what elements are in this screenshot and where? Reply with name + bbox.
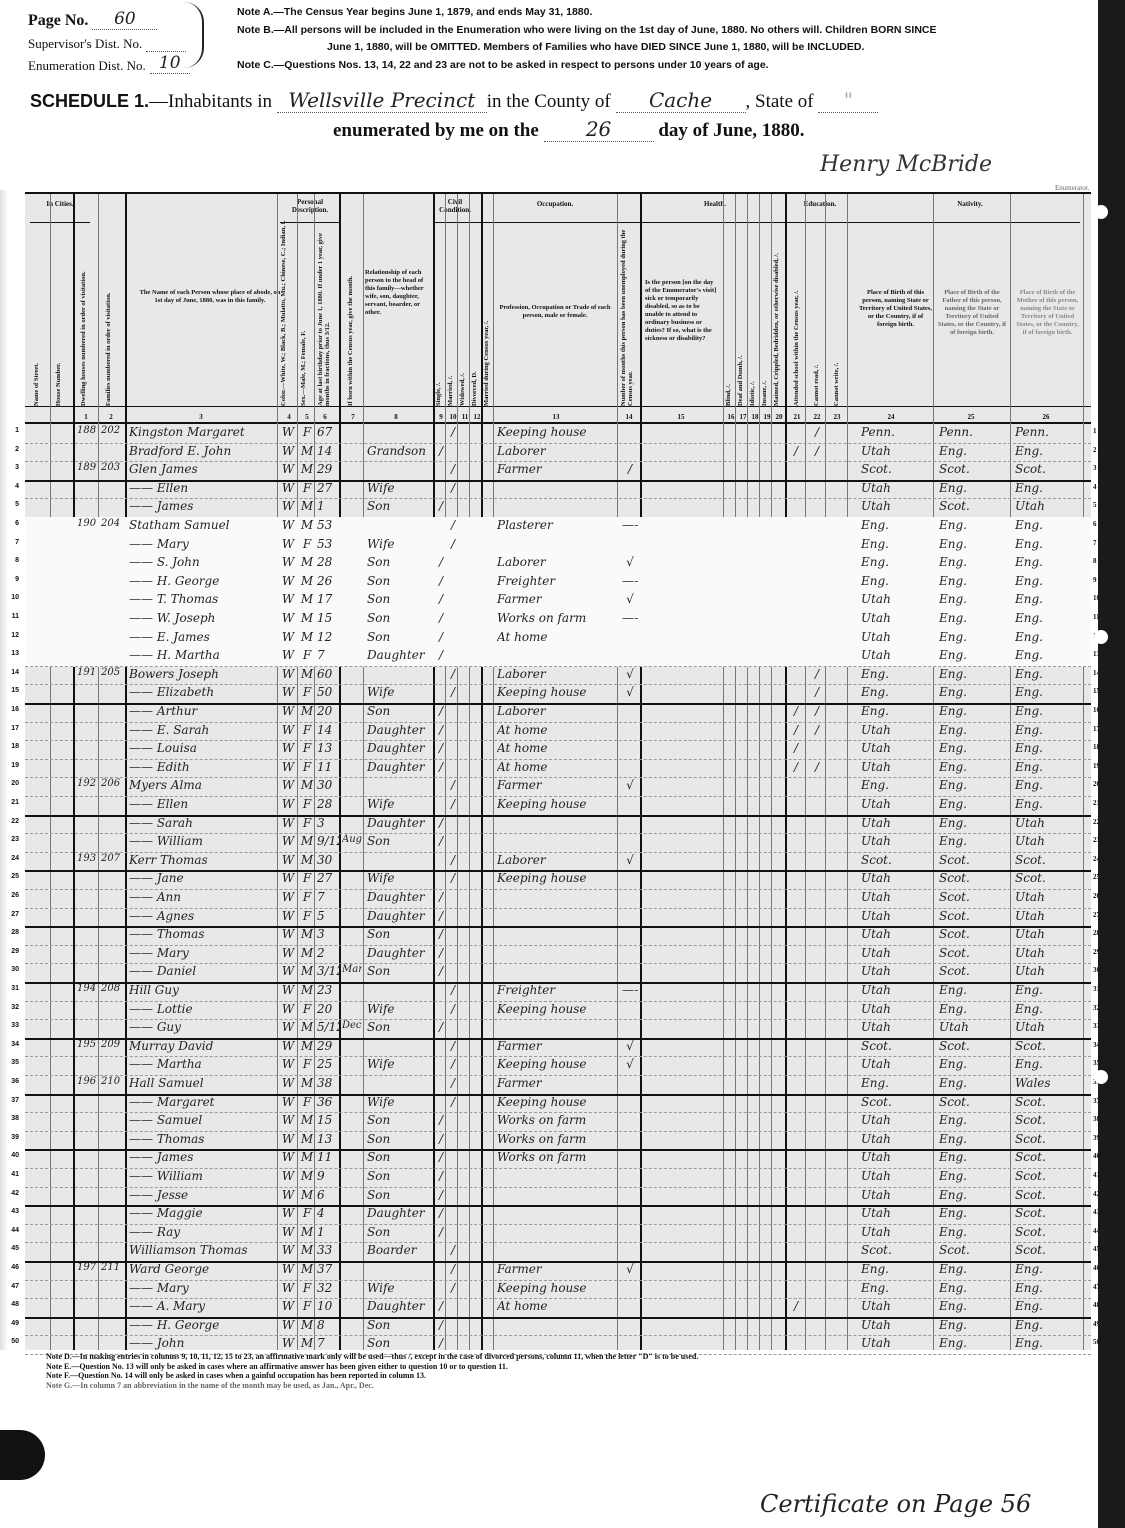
color-value: W [281,890,295,904]
column-number: 8 [390,413,402,421]
father-birthplace: Scot. [939,927,1007,941]
birthplace: Utah [861,1002,931,1016]
mother-birthplace: Eng. [1015,537,1081,551]
sex-value: M [300,1188,314,1202]
mother-birthplace: Utah [1015,1020,1081,1034]
occupation: Works on farm [497,611,615,625]
cannot-read-mark: / [811,685,823,699]
group-health: Health. [645,200,785,214]
father-birthplace: Eng. [939,797,1007,811]
relationship: Daughter [367,1206,431,1220]
occupation: At home [497,760,615,774]
single-mark: / [436,499,446,513]
mother-birthplace: Eng. [1015,555,1081,569]
row-number: 29 [5,948,19,955]
attended-school-mark: / [790,1299,802,1313]
single-mark: / [436,760,446,774]
person-name: —— Mary [129,1281,277,1295]
color-value: W [281,611,295,625]
color-value: W [281,797,295,811]
age-value: 8 [317,1318,339,1332]
occupation: Keeping house [497,1057,615,1071]
row-number: 8 [5,557,19,564]
ink-smudge [0,1430,45,1480]
header-widowed: Widowed, /. [459,216,469,406]
note-c: Note C.—Questions Nos. 13, 14, 22 and 23… [237,57,1077,75]
row-number-right: 8 [1093,557,1097,565]
relationship: Son [367,834,431,848]
occupation: Works on farm [497,1150,615,1164]
table-row: 1212—— E. JamesWM12Son/At homeUtahEng.En… [25,629,1091,650]
dwelling-number: 190 [77,518,99,529]
sex-value: M [300,946,314,960]
birthplace: Utah [861,760,931,774]
mother-birthplace: Scot. [1015,853,1081,867]
table-row: 1313—— H. MarthaWF7Daughter/UtahEng.Eng. [25,647,1091,667]
color-value: W [281,1281,295,1295]
person-name: —— Agnes [129,909,277,923]
header-occupation: Profession, Occupation or Trade of each … [495,304,615,320]
age-value: 33 [317,1243,339,1257]
color-value: W [281,1206,295,1220]
birthplace: Utah [861,1113,931,1127]
row-number: 7 [5,539,19,546]
binding-hole [1094,205,1108,219]
father-birthplace: Eng. [939,1057,1007,1071]
father-birthplace: Eng. [939,1132,1007,1146]
header-birthplace: Place of Birth of this person, naming St… [858,289,933,329]
table-row: 3636196210Hall SamuelWM38/FarmerEng.Eng.… [25,1075,1091,1096]
color-value: W [281,518,295,532]
mother-birthplace: Eng. [1015,778,1081,792]
row-number-right: 2 [1093,446,1097,454]
mother-birthplace: Scot. [1015,1188,1081,1202]
person-name: —— T. Thomas [129,592,277,606]
sex-value: M [300,704,314,718]
birthplace: Utah [861,927,931,941]
father-birthplace: Eng. [939,1113,1007,1127]
sex-value: M [300,834,314,848]
mother-birthplace: Utah [1015,927,1081,941]
birthplace: Utah [861,1318,931,1332]
occupation: Laborer [497,853,615,867]
color-value: W [281,704,295,718]
header-age: Age at last birthday prior to June 1, 18… [317,216,337,406]
birthplace: Utah [861,1169,931,1183]
person-name: —— John [129,1336,277,1350]
occupation: Plasterer [497,518,615,532]
header-blind: Blind, /. [725,216,735,406]
birthplace: Eng. [861,704,931,718]
color-value: W [281,1150,295,1164]
father-birthplace: Scot. [939,890,1007,904]
occupation: Laborer [497,555,615,569]
age-value: 7 [317,1336,339,1350]
row-number: 9 [5,576,19,583]
dwelling-number: 192 [77,778,99,789]
person-name: —— E. James [129,630,277,644]
column-number: 1 [80,413,92,421]
table-row: 4949—— H. GeorgeWM8Son/UtahEng.Eng. [25,1317,1091,1337]
table-row: 3838—— SamuelWM15Son/Works on farmUtahEn… [25,1112,1091,1132]
age-value: 28 [317,797,339,811]
birthplace: Utah [861,481,931,495]
relationship: Son [367,1150,431,1164]
occupation: Farmer [497,592,615,606]
supervisor-label: Supervisor's Dist. No. [28,36,142,52]
row-number: 21 [5,799,19,806]
age-value: 4 [317,1206,339,1220]
person-name: Murray David [129,1039,277,1053]
header-mother-birthplace: Place of Birth of the Mother of this per… [1015,289,1080,337]
father-birthplace: Scot. [939,853,1007,867]
sex-value: F [300,816,314,830]
occupation: Laborer [497,444,615,458]
single-mark: / [436,723,446,737]
person-name: Kingston Margaret [129,425,277,439]
color-value: W [281,853,295,867]
sex-value: M [300,1113,314,1127]
occupation: Farmer [497,462,615,476]
header-month-born: If born within the Census year, give the… [347,216,359,406]
color-value: W [281,834,295,848]
age-value: 12 [317,630,339,644]
row-number: 24 [5,855,19,862]
table-row: 2020192206Myers AlmaWM30/Farmer√Eng.Eng.… [25,777,1091,797]
birthplace: Utah [861,1336,931,1350]
month-born: Dec. [342,1020,362,1031]
single-mark: / [436,741,446,755]
note-b-continued: June 1, 1880, will be OMITTED. Members o… [237,39,1077,57]
sex-value: F [300,481,314,495]
family-number: 208 [101,983,125,994]
relationship: Daughter [367,760,431,774]
sex-value: M [300,1132,314,1146]
single-mark: / [436,1188,446,1202]
mother-birthplace: Eng. [1015,518,1081,532]
birthplace: Eng. [861,1076,931,1090]
table-row: 3131194208Hill GuyWM23/Freighter——UtahEn… [25,982,1091,1002]
occupation: Laborer [497,704,615,718]
birthplace: Eng. [861,555,931,569]
table-row: 2121—— EllenWF28Wife/Keeping houseUtahEn… [25,796,1091,817]
sex-value: M [300,630,314,644]
father-birthplace: Scot. [939,1095,1007,1109]
person-name: —— Mary [129,946,277,960]
table-row: 4848—— A. MaryWF10Daughter/At home/UtahE… [25,1298,1091,1319]
person-name: —— H. George [129,574,277,588]
father-birthplace: Eng. [939,667,1007,681]
relationship: Daughter [367,890,431,904]
row-number: 46 [5,1264,19,1271]
color-value: W [281,909,295,923]
birthplace: Eng. [861,685,931,699]
age-value: 6 [317,1188,339,1202]
header-street: Name of Street. [33,216,45,406]
mother-birthplace: Wales [1015,1076,1081,1090]
mother-birthplace: Eng. [1015,611,1081,625]
row-number: 4 [5,483,19,490]
row-number-right: 6 [1093,520,1097,528]
family-number: 206 [101,778,125,789]
cannot-read-mark: / [811,723,823,737]
page-identifiers: Page No. 60 Supervisor's Dist. No. Enume… [28,8,190,74]
row-number: 32 [5,1004,19,1011]
single-mark: / [436,444,446,458]
occupation: Farmer [497,1039,615,1053]
mother-birthplace: Eng. [1015,648,1081,662]
sex-value: F [300,685,314,699]
relationship: Wife [367,1002,431,1016]
table-row: 4242—— JesseWM6Son/UtahEng.Scot. [25,1187,1091,1208]
months-unemployed: —— [622,983,638,997]
color-value: W [281,723,295,737]
column-number: 4 [283,413,295,421]
age-value: 1 [317,1225,339,1239]
person-name: —— Ray [129,1225,277,1239]
column-number: 2 [105,413,117,421]
person-name: —— Martha [129,1057,277,1071]
color-value: W [281,778,295,792]
months-unemployed: √ [622,1039,638,1053]
married-mark: / [448,1262,458,1276]
months-unemployed: √ [622,1262,638,1276]
age-value: 25 [317,1057,339,1071]
month-born: Aug. [342,834,362,845]
single-mark: / [436,1336,446,1350]
single-mark: / [436,909,446,923]
birthplace: Utah [861,611,931,625]
sex-value: M [300,667,314,681]
color-value: W [281,1299,295,1313]
row-number: 6 [5,520,19,527]
age-value: 7 [317,890,339,904]
person-name: —— Thomas [129,1132,277,1146]
birthplace: Eng. [861,574,931,588]
rule [25,406,1091,407]
single-mark: / [436,1206,446,1220]
father-birthplace: Eng. [939,592,1007,606]
column-number: 26 [1040,413,1052,421]
enumeration-label: Enumeration Dist. No. [28,58,146,74]
cannot-read-mark: / [811,444,823,458]
father-birthplace: Penn. [939,425,1007,439]
column-number: 25 [965,413,977,421]
married-mark: / [448,1281,458,1295]
relationship: Daughter [367,909,431,923]
family-number: 202 [101,425,125,436]
age-value: 38 [317,1076,339,1090]
sex-value: M [300,1318,314,1332]
occupation: Farmer [497,1262,615,1276]
mother-birthplace: Scot. [1015,1206,1081,1220]
row-number: 35 [5,1059,19,1066]
person-name: —— James [129,499,277,513]
relationship: Wife [367,1095,431,1109]
relationship: Wife [367,1281,431,1295]
row-number: 38 [5,1115,19,1122]
person-name: —— William [129,834,277,848]
group-nativity: Nativity. [855,200,1085,214]
table-row: 4646197211Ward GeorgeWM37/Farmer√Eng.Eng… [25,1261,1091,1281]
birthplace: Utah [861,816,931,830]
birthplace: Utah [861,741,931,755]
relationship: Daughter [367,946,431,960]
months-unemployed: √ [622,853,638,867]
father-birthplace: Eng. [939,555,1007,569]
header-cannot-read: Cannot read, /. [813,216,823,406]
married-mark: / [448,778,458,792]
relationship: Son [367,630,431,644]
sex-value: M [300,964,314,978]
header-dwelling: Dwelling houses numbered in order of vis… [80,216,92,406]
birthplace: Utah [861,909,931,923]
occupation: At home [497,1299,615,1313]
sex-value: F [300,425,314,439]
age-value: 1 [317,499,339,513]
relationship: Wife [367,537,431,551]
birthplace: Eng. [861,667,931,681]
person-name: Ward George [129,1262,277,1276]
married-mark: / [448,797,458,811]
color-value: W [281,537,295,551]
relationship: Son [367,1020,431,1034]
header-married-year: Married during Census year, /. [483,216,493,406]
binding-hole [1094,1070,1108,1084]
mother-birthplace: Eng. [1015,685,1081,699]
person-name: —— Louisa [129,741,277,755]
header-married: Married, /. [447,216,457,406]
age-value: 10 [317,1299,339,1313]
father-birthplace: Eng. [939,1262,1007,1276]
mother-birthplace: Eng. [1015,444,1081,458]
row-number-right: 5 [1093,501,1097,509]
relationship: Son [367,1113,431,1127]
birthplace: Utah [861,871,931,885]
page-no-label: Page No. [28,12,88,30]
birthplace: Eng. [861,518,931,532]
brace-divider [180,2,204,68]
relationship: Son [367,1318,431,1332]
family-number: 211 [101,1262,125,1273]
person-name: —— Thomas [129,927,277,941]
color-value: W [281,444,295,458]
table-row: 99—— H. GeorgeWM26Son/Freighter——Eng.Eng… [25,573,1091,594]
age-value: 13 [317,1132,339,1146]
father-birthplace: Scot. [939,1039,1007,1053]
row-number: 48 [5,1301,19,1308]
row-number: 22 [5,818,19,825]
sex-value: F [300,1095,314,1109]
header-maimed: Maimed, Crippled, Bedridden, or otherwis… [773,216,783,406]
months-unemployed: —— [622,574,638,588]
census-schedule-table: Enumerator. In Cities. Personal Descript… [25,192,1091,1350]
person-name: Bradford E. John [129,444,277,458]
age-value: 50 [317,685,339,699]
father-birthplace: Eng. [939,1336,1007,1350]
mother-birthplace: Eng. [1015,704,1081,718]
row-number-right: 9 [1093,576,1097,584]
person-name: —— Mary [129,537,277,551]
cannot-read-mark: / [811,704,823,718]
mother-birthplace: Scot. [1015,1225,1081,1239]
age-value: 11 [317,760,339,774]
birthplace: Scot. [861,1095,931,1109]
table-row: 1717—— E. SarahWF14Daughter/At home//Uta… [25,722,1091,742]
row-number: 1 [5,427,19,434]
father-birthplace: Eng. [939,1206,1007,1220]
age-value: 67 [317,425,339,439]
mother-birthplace: Penn. [1015,425,1081,439]
table-row: 3434195209Murray DavidWM29/Farmer√Scot.S… [25,1038,1091,1058]
mother-birthplace: Utah [1015,909,1081,923]
occupation: Farmer [497,1076,615,1090]
color-value: W [281,630,295,644]
father-birthplace: Scot. [939,909,1007,923]
mother-birthplace: Eng. [1015,1299,1081,1313]
single-mark: / [436,1020,446,1034]
birthplace: Utah [861,723,931,737]
table-row: 2424193207Kerr ThomasWM30/Laborer√Scot.S… [25,852,1091,873]
row-number: 15 [5,687,19,694]
row-number: 2 [5,446,19,453]
person-name: —— Margaret [129,1095,277,1109]
father-birthplace: Eng. [939,1225,1007,1239]
header-family: Families numbered in order of visitation… [105,216,117,406]
mother-birthplace: Utah [1015,946,1081,960]
sex-value: M [300,1336,314,1350]
color-value: W [281,1132,295,1146]
binding-hole [1094,630,1108,644]
sex-value: F [300,1299,314,1313]
color-value: W [281,1113,295,1127]
column-number: 3 [195,413,207,421]
person-name: —— Samuel [129,1113,277,1127]
table-row: 33189203Glen JamesWM29/Farmer/Scot.Scot.… [25,461,1091,482]
table-row: 2222—— SarahWF3Daughter/UtahEng.Utah [25,815,1091,835]
single-mark: / [436,574,446,588]
relationship: Wife [367,871,431,885]
table-row: 3535—— MarthaWF25Wife/Keeping house√Utah… [25,1056,1091,1076]
row-number: 12 [5,632,19,639]
person-name: —— Jesse [129,1188,277,1202]
months-unemployed: √ [622,1057,638,1071]
table-row: 2929—— MaryWM2Daughter/UtahScot.Utah [25,945,1091,965]
table-row: 4444—— RayWM1Son/UtahEng.Scot. [25,1224,1091,1244]
cannot-read-mark: / [811,760,823,774]
person-name: —— Ellen [129,481,277,495]
birthplace: Utah [861,834,931,848]
color-value: W [281,555,295,569]
color-value: W [281,1039,295,1053]
age-value: 29 [317,1039,339,1053]
age-value: 17 [317,592,339,606]
header-months-unemployed: Number of months this person has been un… [620,216,636,406]
person-name: —— Maggie [129,1206,277,1220]
married-mark: / [448,1057,458,1071]
column-number: 24 [885,413,897,421]
occupation: Freighter [497,983,615,997]
married-mark: / [448,1095,458,1109]
group-personal-description: Personal Description. [280,198,340,212]
relationship: Grandson [367,444,431,458]
table-row: 22Bradford E. JohnWM14Grandson/Laborer//… [25,443,1091,463]
month-born: Mar. [342,964,362,975]
mother-birthplace: Eng. [1015,1057,1081,1071]
mother-birthplace: Scot. [1015,1169,1081,1183]
sex-value: M [300,1225,314,1239]
county-value: Cache [616,88,746,113]
